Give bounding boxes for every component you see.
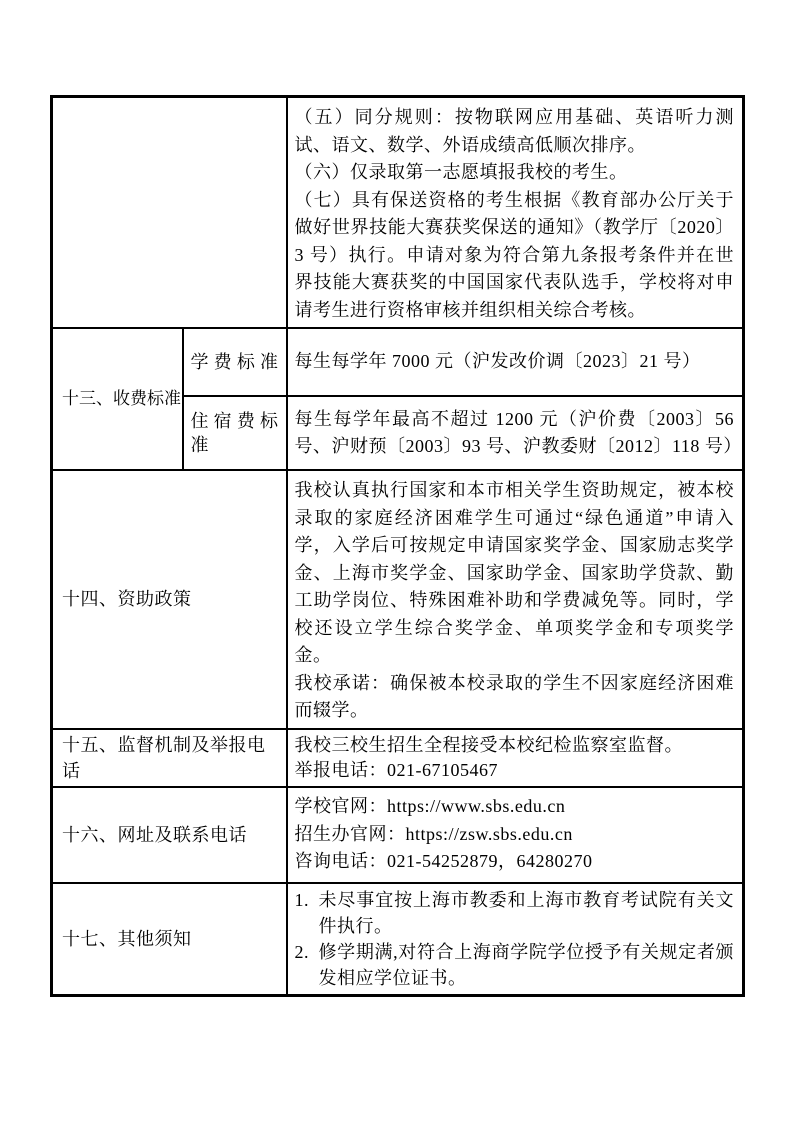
financial-aid-cell: 我校认真执行国家和本市相关学生资助规定，被本校录取的家庭经济困难学生可通过“绿色… [287, 470, 744, 729]
contact-cell: 学校官网：https://www.sbs.edu.cn 招生办官网：https:… [287, 787, 744, 883]
contact-row-label: 十六、网址及联系电话 [52, 787, 287, 883]
tuition-sublabel-cell: 学费标准 [183, 328, 287, 396]
rule-item-7: （七）具有保送资格的考生根据《教育部办公厅关于做好世界技能大赛获奖保送的通知》（… [295, 187, 735, 325]
school-website-line: 学校官网：https://www.sbs.edu.cn [295, 793, 735, 821]
accommodation-sublabel-cell: 住宿费标准 [183, 396, 287, 470]
other-notes-row-label: 十七、其他须知 [52, 883, 287, 996]
other-note-item: 1. 未尽事宜按上海市教委和上海市教育考试院有关文件执行。 [295, 887, 735, 939]
tuition-value-cell: 每生每学年 7000 元（沪发改价调〔2023〕21 号） [287, 328, 744, 396]
supervision-cell: 我校三校生招生全程接受本校纪检监察室监督。 举报电话：021-67105467 [287, 729, 744, 787]
fees-row-label: 十三、收费标准 [52, 328, 183, 470]
row-fees-tuition: 十三、收费标准 学费标准 每生每学年 7000 元（沪发改价调〔2023〕21 … [52, 328, 744, 396]
rule-item-6: （六）仅录取第一志愿填报我校的考生。 [295, 159, 735, 187]
admissions-info-table: （五）同分规则：按物联网应用基础、英语听力测试、语文、数学、外语成绩高低顺次排序… [50, 95, 745, 997]
row-financial-aid: 十四、资助政策 我校认真执行国家和本市相关学生资助规定，被本校录取的家庭经济困难… [52, 470, 744, 729]
other-note-item: 2. 修学期满,对符合上海商学院学位授予有关规定者颁发相应学位证书。 [295, 939, 735, 991]
row-supervision: 十五、监督机制及举报电话 我校三校生招生全程接受本校纪检监察室监督。 举报电话：… [52, 729, 744, 787]
supervision-row-label: 十五、监督机制及举报电话 [52, 729, 287, 787]
admission-rules-cell: （五）同分规则：按物联网应用基础、英语听力测试、语文、数学、外语成绩高低顺次排序… [287, 97, 744, 329]
accommodation-value-cell: 每生每学年最高不超过 1200 元（沪价费〔2003〕56 号、沪财预〔2003… [287, 396, 744, 470]
row-contact: 十六、网址及联系电话 学校官网：https://www.sbs.edu.cn 招… [52, 787, 744, 883]
aid-policy-paragraph: 我校认真执行国家和本市相关学生资助规定，被本校录取的家庭经济困难学生可通过“绿色… [295, 477, 735, 670]
note-number: 1. [295, 887, 319, 939]
note-text: 修学期满,对符合上海商学院学位授予有关规定者颁发相应学位证书。 [319, 939, 735, 991]
note-number: 2. [295, 939, 319, 991]
aid-promise-paragraph: 我校承诺：确保被本校录取的学生不因家庭经济困难而辍学。 [295, 670, 735, 725]
note-text: 未尽事宜按上海市教委和上海市教育考试院有关文件执行。 [319, 887, 735, 939]
report-phone-line: 举报电话：021-67105467 [295, 758, 735, 783]
supervision-statement: 我校三校生招生全程接受本校纪检监察室监督。 [295, 733, 735, 758]
admissions-website-line: 招生办官网：https://zsw.sbs.edu.cn [295, 821, 735, 849]
financial-aid-row-label: 十四、资助政策 [52, 470, 287, 729]
row-other-notes: 十七、其他须知 1. 未尽事宜按上海市教委和上海市教育考试院有关文件执行。 2.… [52, 883, 744, 996]
rule-item-5: （五）同分规则：按物联网应用基础、英语听力测试、语文、数学、外语成绩高低顺次排序… [295, 104, 735, 159]
empty-label-cell [52, 97, 287, 329]
row-admission-rules-continued: （五）同分规则：按物联网应用基础、英语听力测试、语文、数学、外语成绩高低顺次排序… [52, 97, 744, 329]
document-page: （五）同分规则：按物联网应用基础、英语听力测试、语文、数学、外语成绩高低顺次排序… [0, 0, 794, 1123]
inquiry-phone-line: 咨询电话：021-54252879，64280270 [295, 848, 735, 876]
other-notes-cell: 1. 未尽事宜按上海市教委和上海市教育考试院有关文件执行。 2. 修学期满,对符… [287, 883, 744, 996]
